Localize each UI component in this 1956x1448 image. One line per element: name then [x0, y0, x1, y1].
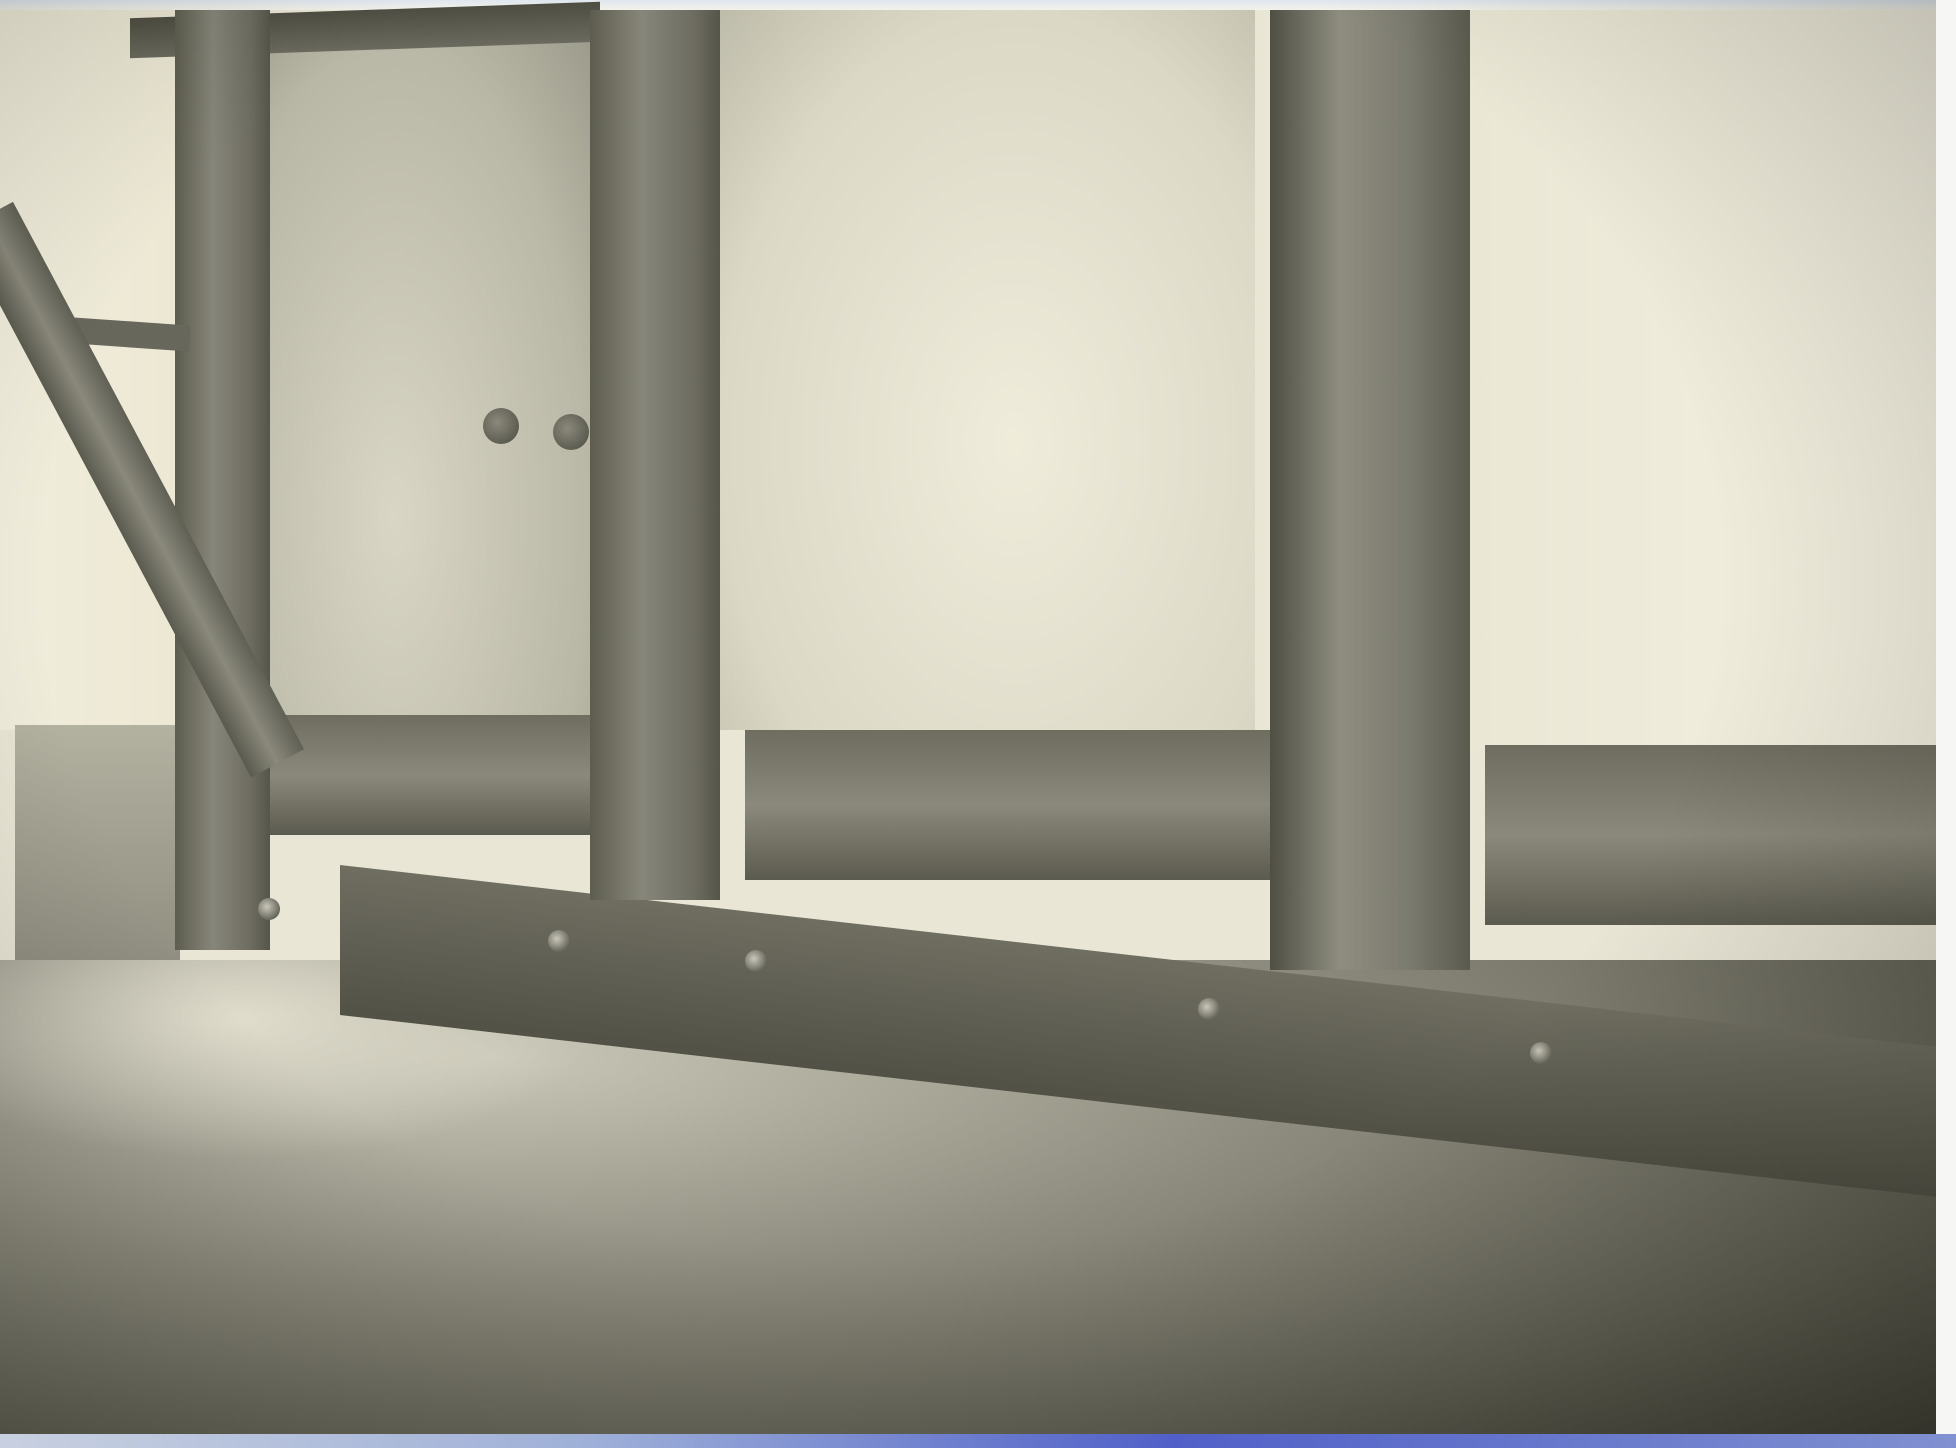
wall-panel-2	[720, 10, 1255, 730]
wall-knob	[553, 414, 589, 450]
bolt	[1198, 998, 1220, 1020]
wall-panel-1	[265, 40, 590, 720]
post-left	[175, 10, 270, 950]
photograph	[0, 0, 1956, 1448]
photo-top-border	[0, 0, 1956, 10]
plank-left	[15, 725, 180, 965]
bolt	[745, 950, 767, 972]
plank-1	[270, 715, 595, 835]
post-right	[1270, 10, 1470, 970]
wall-panel-3	[1470, 10, 1956, 750]
bolt	[258, 898, 280, 920]
plank-2	[745, 730, 1275, 880]
wall-knob	[483, 408, 519, 444]
post-middle	[590, 10, 720, 900]
bolt	[548, 930, 570, 952]
plank-3	[1485, 745, 1955, 925]
photo-bottom-border	[0, 1434, 1956, 1448]
bolt	[1530, 1042, 1552, 1064]
photo-right-border	[1936, 0, 1956, 1448]
